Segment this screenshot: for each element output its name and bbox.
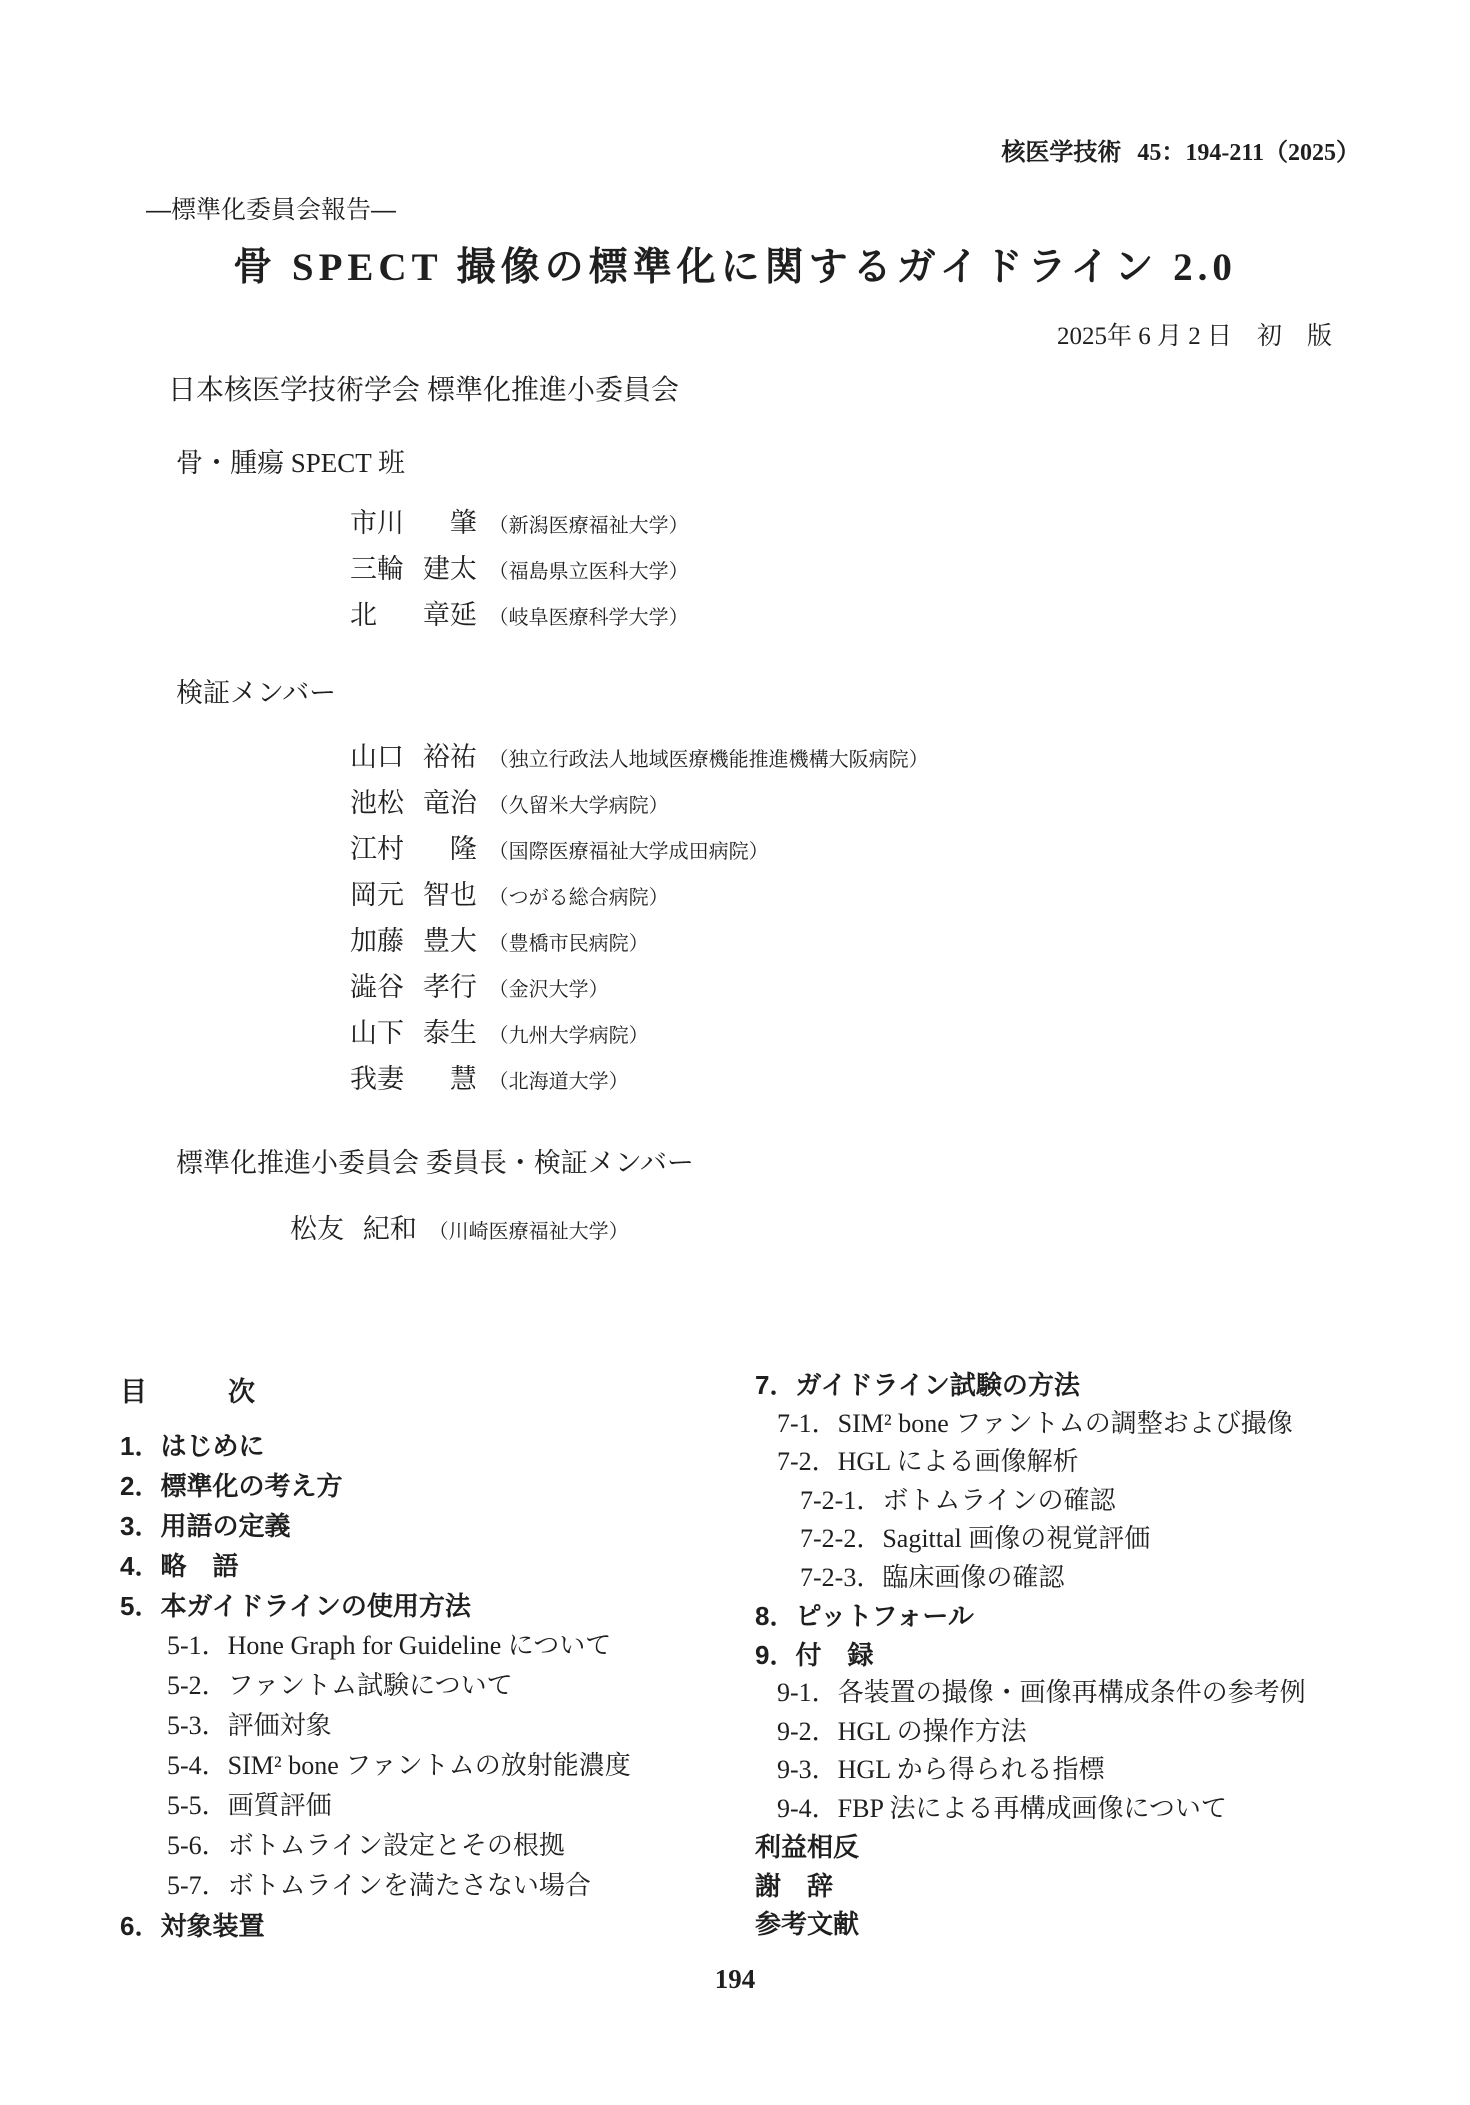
member-row: 池松 竜治 （久留米大学病院）	[350, 782, 1360, 828]
member-family-name: 我妻	[350, 1058, 404, 1101]
toc-item: 5-6．ボトムライン設定とその根拠	[167, 1826, 755, 1866]
toc-item: 8．ピットフォール	[755, 1597, 1360, 1636]
toc-heading: 目 次	[120, 1372, 755, 1412]
toc-item: 1．はじめに	[120, 1426, 755, 1466]
member-affiliation: （福島県立医科大学）	[489, 561, 689, 583]
toc-item: 7-2．HGL による画像解析	[777, 1443, 1360, 1482]
journal-name: 核医学技術	[1001, 139, 1121, 166]
member-list-bone-spect: 市川 肇 （新潟医療福祉大学） 三輪 建太 （福島県立医科大学） 北 章延 （岐…	[350, 502, 1360, 640]
member-affiliation: （北海道大学）	[489, 1071, 629, 1093]
toc-item: 5-2．ファントム試験について	[167, 1666, 755, 1706]
edition-date: 2025年 6 月 2 日 初 版	[110, 320, 1360, 354]
toc-item: 7-1．SIM² bone ファントムの調整および撮像	[777, 1405, 1360, 1444]
member-given-name: 肇	[423, 502, 477, 545]
member-affiliation: （川崎医療福祉大学）	[429, 1221, 629, 1243]
report-type-label: ―標準化委員会報告―	[146, 192, 1360, 228]
member-row: 我妻 慧 （北海道大学）	[350, 1058, 1360, 1104]
member-given-name: 隆	[423, 828, 477, 871]
toc-item: 9-3．HGL から得られる指標	[777, 1751, 1360, 1790]
member-affiliation: （国際医療福祉大学成田病院）	[489, 841, 769, 863]
toc-item: 謝 辞	[755, 1867, 1360, 1906]
member-affiliation: （豊橋市民病院）	[489, 933, 649, 955]
group-heading-bone-spect: 骨・腫瘍 SPECT 班	[176, 444, 1360, 482]
document-page: 核医学技術 45：194-211（2025） ―標準化委員会報告― 骨 SPEC…	[0, 0, 1470, 2105]
member-family-name: 松友	[290, 1208, 344, 1251]
member-list-validation: 山口 裕祐 （独立行政法人地域医療機能推進機構大阪病院） 池松 竜治 （久留米大…	[350, 736, 1360, 1104]
toc-item: 5-7．ボトムラインを満たさない場合	[167, 1866, 755, 1906]
toc-item: 5．本ガイドラインの使用方法	[120, 1586, 755, 1626]
member-affiliation: （新潟医療福祉大学）	[489, 515, 689, 537]
toc-left-column: 目 次 1．はじめに 2．標準化の考え方 3．用語の定義 4．略 語 5．本ガイ…	[120, 1366, 755, 1946]
member-list-chair: 松友 紀和 （川崎医療福祉大学）	[290, 1208, 1360, 1254]
toc-item: 7-2-3．臨床画像の確認	[800, 1559, 1360, 1598]
member-family-name: 加藤	[350, 920, 404, 963]
member-affiliation: （金沢大学）	[489, 979, 609, 1001]
member-family-name: 岡元	[350, 874, 404, 917]
member-row: 松友 紀和 （川崎医療福祉大学）	[290, 1208, 1360, 1254]
member-affiliation: （九州大学病院）	[489, 1025, 649, 1047]
toc-item: 5-3．評価対象	[167, 1706, 755, 1746]
member-family-name: 江村	[350, 828, 404, 871]
member-family-name: 三輪	[350, 548, 404, 591]
toc-item: 7-2-2．Sagittal 画像の視覚評価	[800, 1520, 1360, 1559]
toc-item: 参考文献	[755, 1905, 1360, 1944]
member-given-name: 慧	[423, 1058, 477, 1101]
group-heading-chair: 標準化推進小委員会 委員長・検証メンバー	[176, 1144, 1360, 1182]
toc-item: 7-2-1．ボトムラインの確認	[800, 1482, 1360, 1521]
member-row: 山口 裕祐 （独立行政法人地域医療機能推進機構大阪病院）	[350, 736, 1360, 782]
member-row: 市川 肇 （新潟医療福祉大学）	[350, 502, 1360, 548]
member-affiliation: （岐阜医療科学大学）	[489, 607, 689, 629]
member-given-name: 智也	[423, 874, 477, 917]
member-given-name: 豊大	[423, 920, 477, 963]
member-row: 澁谷 孝行 （金沢大学）	[350, 966, 1360, 1012]
toc-item: 5-1．Hone Graph for Guideline について	[167, 1626, 755, 1666]
toc-item: 3．用語の定義	[120, 1506, 755, 1546]
journal-citation: 45：194-211（2025）	[1137, 140, 1360, 166]
page-number: 194	[110, 1964, 1360, 1994]
journal-header: 核医学技術 45：194-211（2025）	[110, 138, 1360, 168]
member-family-name: 北	[350, 594, 404, 637]
member-given-name: 紀和	[363, 1208, 417, 1251]
toc-item: 9-4．FBP 法による再構成画像について	[777, 1790, 1360, 1829]
member-given-name: 建太	[423, 548, 477, 591]
toc-item: 6．対象装置	[120, 1906, 755, 1946]
member-family-name: 池松	[350, 782, 404, 825]
member-family-name: 山下	[350, 1012, 404, 1055]
toc-right-column: 7．ガイドライン試験の方法 7-1．SIM² bone ファントムの調整および撮…	[755, 1366, 1360, 1944]
toc-item: 9-2．HGL の操作方法	[777, 1713, 1360, 1752]
member-family-name: 澁谷	[350, 966, 404, 1009]
toc-item: 9．付 録	[755, 1636, 1360, 1675]
member-row: 江村 隆 （国際医療福祉大学成田病院）	[350, 828, 1360, 874]
member-row: 山下 泰生 （九州大学病院）	[350, 1012, 1360, 1058]
member-affiliation: （久留米大学病院）	[489, 795, 669, 817]
organization-name: 日本核医学技術学会 標準化推進小委員会	[168, 372, 1360, 410]
member-given-name: 竜治	[423, 782, 477, 825]
member-family-name: 山口	[350, 736, 404, 779]
member-given-name: 裕祐	[423, 736, 477, 779]
member-row: 加藤 豊大 （豊橋市民病院）	[350, 920, 1360, 966]
toc-item: 5-4．SIM² bone ファントムの放射能濃度	[167, 1746, 755, 1786]
member-row: 岡元 智也 （つがる総合病院）	[350, 874, 1360, 920]
member-affiliation: （独立行政法人地域医療機能推進機構大阪病院）	[489, 749, 929, 771]
toc-item: 7．ガイドライン試験の方法	[755, 1366, 1360, 1405]
toc-item: 2．標準化の考え方	[120, 1466, 755, 1506]
toc-item: 利益相反	[755, 1828, 1360, 1867]
table-of-contents: 目 次 1．はじめに 2．標準化の考え方 3．用語の定義 4．略 語 5．本ガイ…	[110, 1366, 1360, 1946]
member-family-name: 市川	[350, 502, 404, 545]
member-given-name: 泰生	[423, 1012, 477, 1055]
document-title: 骨 SPECT 撮像の標準化に関するガイドライン 2.0	[110, 242, 1360, 294]
toc-item: 9-1．各装置の撮像・画像再構成条件の参考例	[777, 1674, 1360, 1713]
toc-item: 4．略 語	[120, 1546, 755, 1586]
member-affiliation: （つがる総合病院）	[489, 887, 669, 909]
member-given-name: 孝行	[423, 966, 477, 1009]
group-heading-validation-members: 検証メンバー	[176, 674, 1360, 712]
member-row: 北 章延 （岐阜医療科学大学）	[350, 594, 1360, 640]
member-row: 三輪 建太 （福島県立医科大学）	[350, 548, 1360, 594]
toc-item: 5-5．画質評価	[167, 1786, 755, 1826]
member-given-name: 章延	[423, 594, 477, 637]
